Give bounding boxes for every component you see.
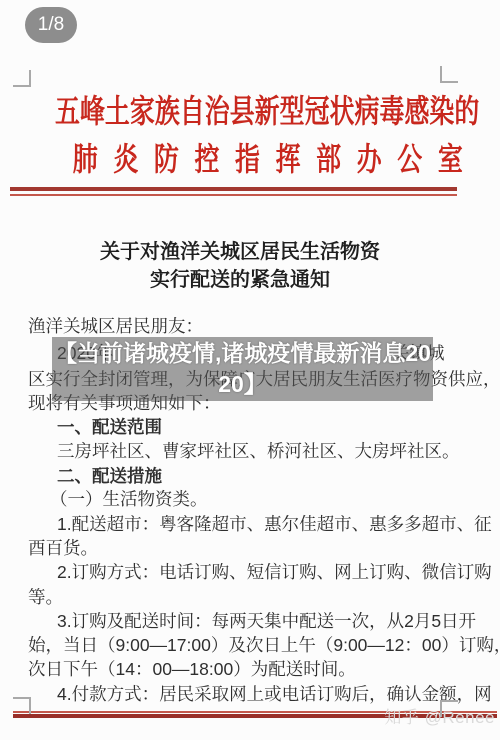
overlay-watermark-band: 【当前诸城疫情,诸城疫情最新消息20 20】 <box>52 337 433 401</box>
notice-title: 关于对渔洋关城区居民生活物资 实行配送的紧急通知 <box>10 238 470 294</box>
letterhead-line-1: 五峰土家族自治县新型冠状病毒感染的 <box>55 86 445 132</box>
body-line-section-heading: 一、配送范围 <box>57 417 162 437</box>
letterhead-rule-thick <box>10 187 457 191</box>
overlay-watermark-line-2: 20】 <box>218 369 267 400</box>
body-line: 酉百货。 <box>28 538 98 558</box>
notice-title-line-2: 实行配送的紧急通知 <box>10 266 470 294</box>
body-line: 3.订购及配送时间：每两天集中配送一次，从2月5日开 <box>57 611 476 631</box>
overlay-watermark-line-1: 【当前诸城疫情,诸城疫情最新消息20 <box>54 338 431 369</box>
page-corner-mark-bottom-left <box>13 697 31 714</box>
image-viewer-photo[interactable]: 1/8 五峰土家族自治县新型冠状病毒感染的 肺炎防控指挥部办公室 关于对渔洋关城… <box>0 0 500 740</box>
letterhead-rule-thin <box>10 194 457 196</box>
notice-title-line-1: 关于对渔洋关城区居民生活物资 <box>10 238 470 266</box>
page-indicator-badge: 1/8 <box>25 7 77 43</box>
body-line: 2.订购方式：电话订购、短信订购、网上订购、微信订购 <box>57 562 492 582</box>
page-corner-mark-top-right <box>440 66 458 83</box>
page-corner-mark-top-left <box>13 70 31 87</box>
body-line: 次日下午（14：00—18:00）为配送时间。 <box>28 659 356 679</box>
body-line: 1.配送超市：粤客隆超市、惠尔佳超市、惠多多超市、征 <box>57 514 492 534</box>
body-line: 等。 <box>28 587 63 607</box>
letterhead-line-2: 肺炎防控指挥部办公室 <box>57 134 463 180</box>
page-indicator-label: 1/8 <box>38 14 64 36</box>
body-line-section-heading: 二、配送措施 <box>57 466 162 486</box>
site-watermark: 知乎 @Renee <box>384 703 495 728</box>
body-line: 4.付款方式：居民采取网上或电话订购后，确认金额，网 <box>57 684 492 704</box>
body-line: 渔洋关城区居民朋友： <box>28 316 203 336</box>
body-line-subsection-heading: （一）生活物资类。 <box>50 489 208 509</box>
body-line: 始，当日（9:00—17:00）及次日上午（9:00—12：00）订购， <box>28 635 500 655</box>
body-line: 三房坪社区、曹家坪社区、桥河社区、大房坪社区。 <box>57 441 460 461</box>
